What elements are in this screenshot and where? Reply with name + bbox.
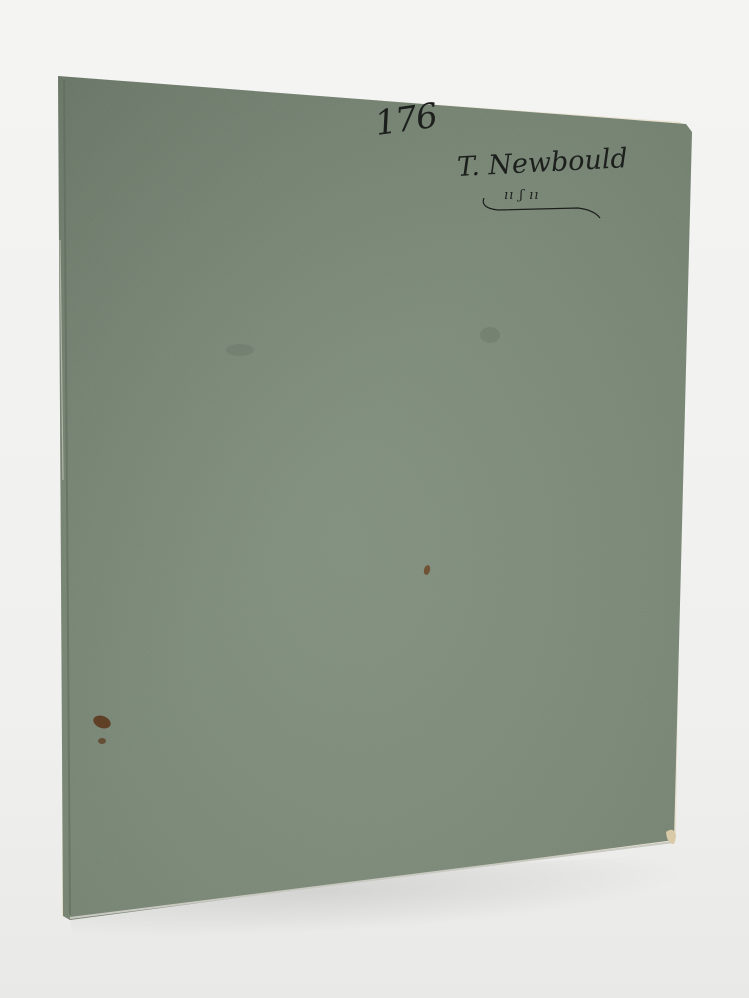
pamphlet xyxy=(0,0,749,998)
flourish-icon xyxy=(480,192,605,220)
inscription-number: 176 xyxy=(372,96,439,144)
inscription-flourish: ıı ʃ ıı xyxy=(504,188,539,203)
